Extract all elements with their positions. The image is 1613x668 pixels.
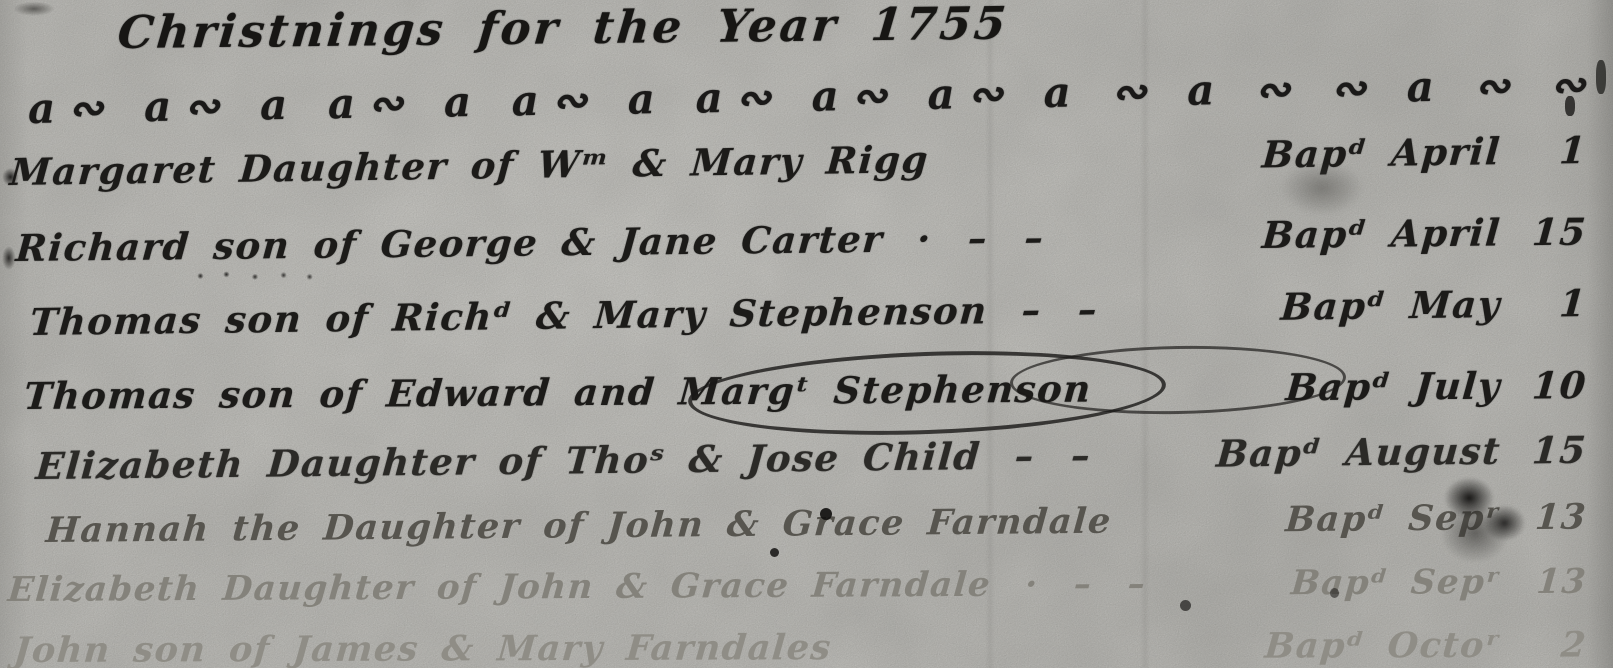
baptism-month: August xyxy=(1344,429,1503,475)
baptism-day: 2 xyxy=(1499,625,1588,666)
baptism-day: 1 xyxy=(1499,281,1588,326)
entry-dashes: – – xyxy=(1013,433,1099,478)
baptism-label: Bapᵈ April xyxy=(1261,210,1503,257)
baptism-day: 13 xyxy=(1499,562,1588,602)
baptism-month: Octoʳ xyxy=(1386,625,1503,666)
baptism-label: Bapᵈ July xyxy=(1284,364,1502,410)
entry-gap xyxy=(865,658,1264,659)
baptism-day: 10 xyxy=(1499,363,1589,408)
baptism-day: 13 xyxy=(1499,497,1588,539)
page-title: Christnings for the Year 1755 xyxy=(115,0,1011,59)
entry-text: John son of James & Mary Farndales xyxy=(12,627,833,668)
register-entry-cutoff: John son of James & Mary Farndales Bapᵈ … xyxy=(12,625,1588,668)
ink-mark xyxy=(4,0,64,22)
baptism-label: Bapᵈ May xyxy=(1279,282,1502,329)
baptism-day: 15 xyxy=(1499,428,1588,473)
register-entry: Elizabeth Daughter of Thoˢ & Jose Child … xyxy=(34,428,1588,488)
register-entry: Margaret Daughter of Wᵐ & Mary Rigg Bapᵈ… xyxy=(8,128,1588,194)
entry-gap xyxy=(1125,400,1285,401)
register-entry: Thomas son of Richᵈ & Mary Stephenson – … xyxy=(28,281,1588,344)
ink-spatter xyxy=(770,548,779,557)
register-entry: Elizabeth Daughter of John & Grace Farnd… xyxy=(6,562,1588,610)
register-entry: Richard son of George & Jane Carter · – … xyxy=(14,210,1588,270)
baptism-day: 1 xyxy=(1499,128,1588,173)
entry-dashes: · – – xyxy=(1024,564,1155,605)
entry-gap xyxy=(1050,248,1261,250)
entry-text: Elizabeth Daughter of John & Grace Farnd… xyxy=(6,565,993,610)
entry-text: Thomas son of Richᵈ & Mary Stephenson xyxy=(28,288,989,344)
baptism-day: 15 xyxy=(1499,210,1588,255)
entry-text: Hannah the Daughter of John & Grace Farn… xyxy=(44,501,1113,551)
baptism-month: Sepʳ xyxy=(1407,497,1503,539)
entry-text: Thomas son of Edward and Margᵗ Stephenso… xyxy=(22,367,1093,418)
entry-gap xyxy=(962,168,1261,172)
entry-gap xyxy=(1152,594,1290,595)
baptism-month: May xyxy=(1408,282,1502,327)
baptism-month: Sepʳ xyxy=(1409,562,1502,602)
entry-text: Margaret Daughter of Wᵐ & Mary Rigg xyxy=(8,137,930,194)
baptism-month: April xyxy=(1390,210,1503,255)
entry-dashes: · – – xyxy=(916,215,1053,260)
entry-gap xyxy=(1104,320,1280,322)
entry-gap xyxy=(1097,467,1216,468)
register-entry: Thomas son of Edward and Margᵗ Stephenso… xyxy=(22,363,1589,418)
flourish-divider: a∾ a∾ a a∾ a a∾ a a∾ a∾ a∾ a ∾ a ∾ ∾ a ∾… xyxy=(28,59,1600,133)
entry-dashes: – – xyxy=(1020,287,1106,332)
baptism-month: July xyxy=(1413,364,1503,409)
baptism-month: April xyxy=(1390,129,1503,175)
entry-text: Richard son of George & Jane Carter xyxy=(14,217,885,270)
baptism-label: Bapᵈ Sepʳ xyxy=(1289,562,1502,603)
ink-dots xyxy=(190,268,320,284)
entry-text: Elizabeth Daughter of Thoˢ & Jose Child xyxy=(34,434,982,488)
entry-gap xyxy=(1145,531,1285,532)
register-entry: Hannah the Daughter of John & Grace Farn… xyxy=(44,497,1588,551)
register-page-scan: Christnings for the Year 1755 a∾ a∾ a a∾… xyxy=(0,0,1613,668)
baptism-label: Bapᵈ April xyxy=(1261,129,1503,176)
baptism-label: Bapᵈ Octoʳ xyxy=(1263,625,1503,667)
baptism-label: Bapᵈ Sepʳ xyxy=(1284,497,1503,540)
baptism-label: Bapᵈ August xyxy=(1215,429,1503,476)
